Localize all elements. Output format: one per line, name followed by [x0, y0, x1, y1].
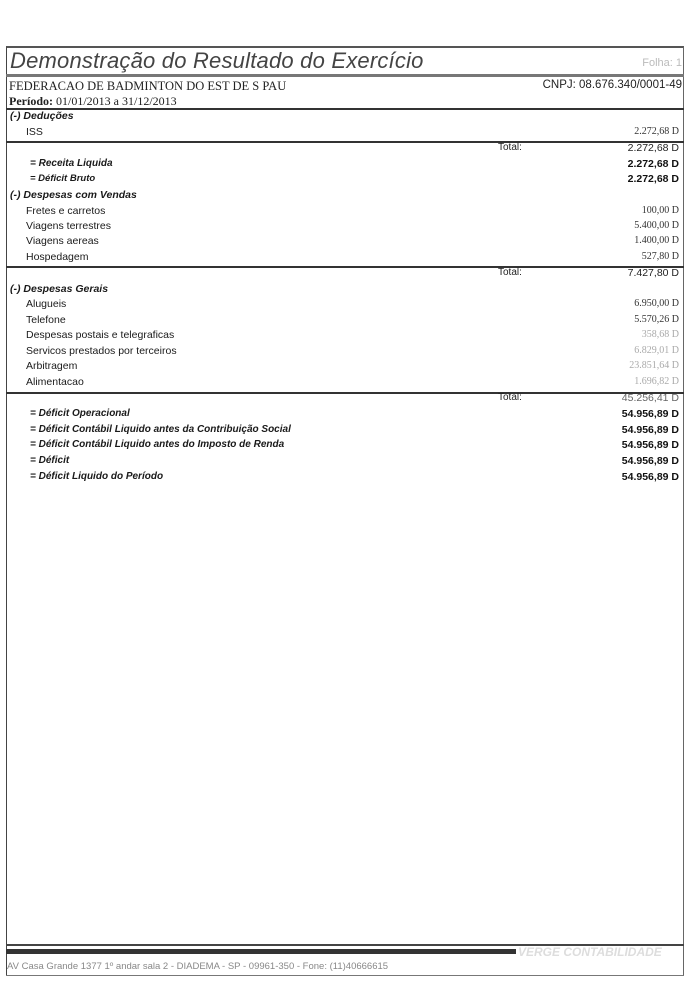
row-value: 527,80 D [642, 251, 679, 262]
row-value: 2.272,68 D [634, 126, 679, 137]
total-row: Total: 45.256,41 D [0, 392, 690, 407]
period-label: Período: [9, 94, 53, 108]
section-title: (-) Deduções [10, 110, 74, 122]
row-label: = Déficit Liquido do Período [30, 471, 163, 482]
row-value: 54.956,89 D [622, 455, 679, 467]
row-label: Viagens terrestres [26, 220, 111, 232]
row-label: Servicos prestados por terceiros [26, 345, 177, 357]
title-divider [6, 74, 684, 77]
total-value: 7.427,80 D [628, 267, 679, 279]
row-value: 54.956,89 D [622, 408, 679, 420]
row-label: Alugueis [26, 298, 66, 310]
period: Período: 01/01/2013 a 31/12/2013 [9, 94, 177, 109]
row-value: 54.956,89 D [622, 471, 679, 483]
row-value: 1.400,00 D [634, 235, 679, 246]
row-label: = Déficit Bruto [30, 173, 95, 184]
total-row: Total: 7.427,80 D [0, 267, 690, 282]
total-label: Total: [498, 267, 522, 278]
row-label: = Déficit [30, 455, 69, 466]
row-value: 54.956,89 D [622, 424, 679, 436]
period-value: 01/01/2013 a 31/12/2013 [56, 94, 177, 108]
result-row: = Déficit Liquido do Período 54.956,89 D [0, 471, 690, 486]
result-row: = Déficit Contábil Liquido antes da Cont… [0, 424, 690, 439]
row-label: Hospedagem [26, 251, 88, 263]
section-title: (-) Despesas com Vendas [10, 189, 137, 201]
row-value: 5.400,00 D [634, 220, 679, 231]
table-row: Arbitragem 23.851,64 D [0, 360, 690, 375]
total-row: Total: 2.272,68 D [0, 142, 690, 157]
total-label: Total: [498, 142, 522, 153]
section-vendas: (-) Despesas com Vendas [0, 189, 690, 204]
footer-address: AV Casa Grande 1377 1º andar sala 2 - DI… [7, 961, 388, 972]
row-value: 23.851,64 D [629, 360, 679, 371]
table-row: Alugueis 6.950,00 D [0, 298, 690, 313]
result-row: = Déficit 54.956,89 D [0, 455, 690, 470]
row-label: Despesas postais e telegraficas [26, 329, 174, 341]
document-title: Demonstração do Resultado do Exercício [10, 48, 424, 74]
result-row: = Déficit Bruto 2.272,68 D [0, 173, 690, 188]
total-value: 2.272,68 D [628, 142, 679, 154]
cnpj: CNPJ: 08.676.340/0001-49 [543, 79, 682, 91]
row-value: 2.272,68 D [628, 173, 679, 185]
page-number: Folha: 1 [642, 57, 682, 69]
row-label: = Receita Liquida [30, 158, 113, 169]
result-row: = Receita Liquida 2.272,68 D [0, 158, 690, 173]
footer-bottom-rule [6, 975, 684, 976]
company-name: FEDERACAO DE BADMINTON DO EST DE S PAU [9, 79, 286, 94]
row-label: Telefone [26, 314, 66, 326]
row-label: = Déficit Contábil Liquido antes do Impo… [30, 439, 284, 450]
row-label: = Déficit Contábil Liquido antes da Cont… [30, 424, 291, 435]
table-row: Telefone 5.570,26 D [0, 314, 690, 329]
row-label: Alimentacao [26, 376, 84, 388]
row-value: 1.696,82 D [634, 376, 679, 387]
row-value: 5.570,26 D [634, 314, 679, 325]
row-value: 358,68 D [642, 329, 679, 340]
row-value: 54.956,89 D [622, 439, 679, 451]
table-row: Fretes e carretos 100,00 D [0, 205, 690, 220]
table-row: Despesas postais e telegraficas 358,68 D [0, 329, 690, 344]
row-value: 6.950,00 D [634, 298, 679, 309]
result-row: = Déficit Contábil Liquido antes do Impo… [0, 439, 690, 454]
row-label: Fretes e carretos [26, 205, 105, 217]
table-row: Viagens terrestres 5.400,00 D [0, 220, 690, 235]
result-row: = Déficit Operacional 54.956,89 D [0, 408, 690, 423]
row-value: 2.272,68 D [628, 158, 679, 170]
row-label: Arbitragem [26, 360, 77, 372]
total-label: Total: [498, 392, 522, 403]
section-deducoes: (-) Deduções [0, 110, 690, 125]
footer-bar [6, 949, 516, 954]
row-label: Viagens aereas [26, 235, 99, 247]
table-row: Viagens aereas 1.400,00 D [0, 235, 690, 250]
footer-brand: VERGE CONTABILIDADE [518, 945, 662, 959]
row-label: = Déficit Operacional [30, 408, 130, 419]
row-value: 100,00 D [642, 205, 679, 216]
table-row: Hospedagem 527,80 D [0, 251, 690, 266]
table-row: Servicos prestados por terceiros 6.829,0… [0, 345, 690, 360]
table-row: ISS 2.272,68 D [0, 126, 690, 141]
row-value: 6.829,01 D [634, 345, 679, 356]
section-title: (-) Despesas Gerais [10, 283, 108, 295]
section-gerais: (-) Despesas Gerais [0, 283, 690, 298]
row-label: ISS [26, 126, 43, 138]
total-value: 45.256,41 D [622, 392, 679, 404]
table-row: Alimentacao 1.696,82 D [0, 376, 690, 391]
